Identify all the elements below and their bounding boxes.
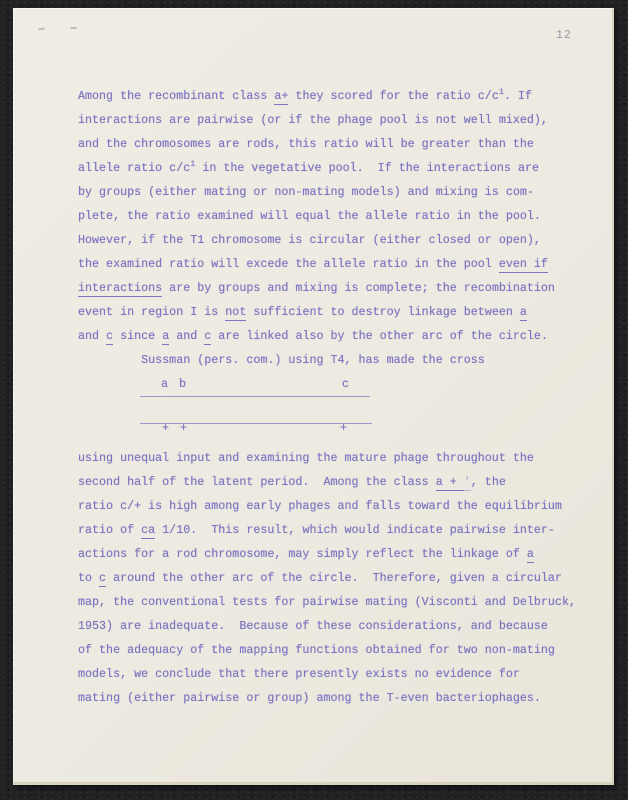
text-line: and the chromosomes are rods, this ratio… xyxy=(78,132,598,156)
text-line: Among the recombinant class a+ they scor… xyxy=(78,84,598,108)
text-line: interactions are pairwise (or if the pha… xyxy=(78,108,598,132)
text-line: and c since a and c are linked also by t… xyxy=(78,324,598,348)
body-paragraph-1: Among the recombinant class a+ they scor… xyxy=(78,84,598,372)
text-line: ratio of ca 1/10. This result, which wou… xyxy=(78,518,598,542)
top-strand-marker-c-label: c xyxy=(342,378,351,390)
text-line: models, we conclude that there presently… xyxy=(78,662,598,686)
text-line: the examined ratio will excede the allel… xyxy=(78,252,598,276)
text-line: event in region I is not sufficient to d… xyxy=(78,300,598,324)
bottom-strand-marker-plus-label: + xyxy=(340,422,349,434)
text-line: interactions are by groups and mixing is… xyxy=(78,276,598,300)
bottom-strand-markers-label: + + xyxy=(162,422,189,434)
body-paragraph-2: using unequal input and examining the ma… xyxy=(78,446,598,710)
text-line: However, if the T1 chromosome is circula… xyxy=(78,228,598,252)
scan-backdrop: { "colors":{ "ink":"#7c74c1", "paper":"#… xyxy=(0,0,628,800)
top-strand-line xyxy=(140,396,370,397)
text-line: by groups (either mating or non-mating m… xyxy=(78,180,598,204)
text-line: of the adequacy of the mapping functions… xyxy=(78,638,598,662)
text-line: using unequal input and examining the ma… xyxy=(78,446,598,470)
typewritten-text: Among the recombinant class a+ they scor… xyxy=(78,84,598,710)
text-line: plete, the ratio examined will equal the… xyxy=(78,204,598,228)
pencil-mark xyxy=(70,27,77,30)
top-strand-markers-label: a b xyxy=(161,378,188,390)
text-line: mating (either pairwise or group) among … xyxy=(78,686,598,710)
document-page: 12 Among the recombinant class a+ they s… xyxy=(13,8,614,785)
page-number: 12 xyxy=(556,29,572,42)
text-line: actions for a rod chromosome, may simply… xyxy=(78,542,598,566)
text-line: Sussman (pers. com.) using T4, has made … xyxy=(78,348,598,372)
text-line: to c around the other arc of the circle.… xyxy=(78,566,598,590)
text-line: map, the conventional tests for pairwise… xyxy=(78,590,598,614)
cross-diagram: a b c + + + xyxy=(78,372,598,446)
text-line: allele ratio c/c1 in the vegetative pool… xyxy=(78,156,598,180)
text-line: ratio c/+ is high among early phages and… xyxy=(78,494,598,518)
text-line: second half of the latent period. Among … xyxy=(78,470,598,494)
text-line: 1953) are inadequate. Because of these c… xyxy=(78,614,598,638)
pencil-mark xyxy=(38,28,45,31)
